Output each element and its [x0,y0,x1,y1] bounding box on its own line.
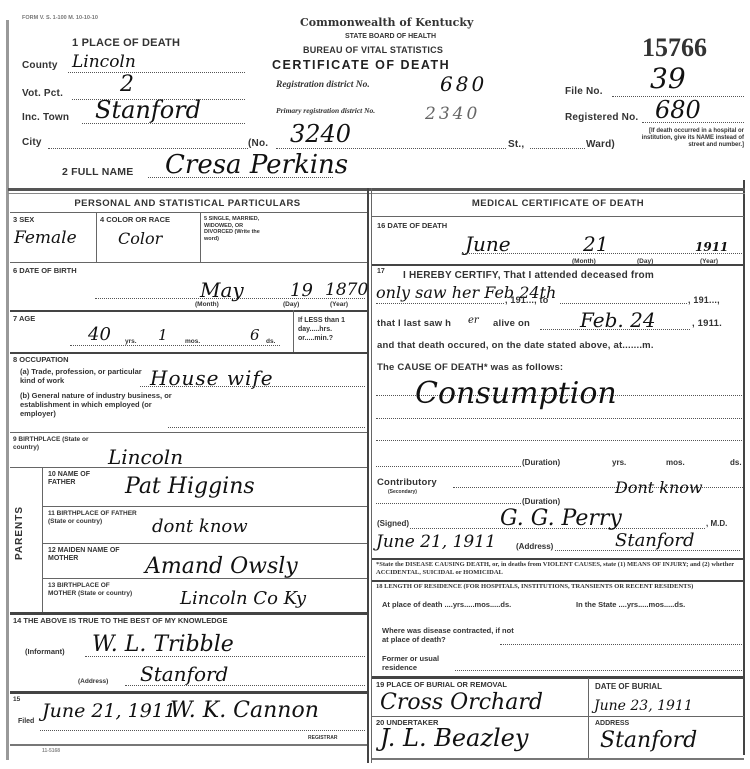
row-rule-2 [10,310,367,312]
row-rule-10 [10,691,367,694]
file-no-value: 39 [650,62,686,95]
parents-divider [42,467,43,612]
mother-birthplace-label: 13 BIRTHPLACE OF MOTHER (State or countr… [48,582,138,597]
occupation-b-label: (b) General nature of industry business,… [20,391,175,418]
birthplace-value: Lincoln [108,445,183,469]
dod-label: 16 DATE OF DEATH [377,222,447,230]
dob-month-caption: (Month) [195,301,219,309]
certificate-title: CERTIFICATE OF DEATH [272,58,450,72]
signed-label: (Signed) [377,520,409,528]
bureau-title: BUREAU OF VITAL STATISTICS [303,45,443,55]
informant-address-value: Stanford [140,662,228,686]
former-residence-line [455,670,742,671]
no-label: (No. [248,138,268,149]
med-rule-3 [372,580,744,582]
full-name-label: 2 FULL NAME [62,166,133,178]
death-occurred-text: and that death occured, on the date stat… [377,340,654,351]
row-rule-4 [10,432,367,433]
medical-heading-rule [372,216,744,217]
filed-date: June 21, 1911 [42,700,176,722]
no-line [276,148,506,149]
dob-day-caption: (Day) [283,301,299,309]
attended-line [376,303,504,304]
age-line [70,345,280,346]
sex-label: 3 SEX [13,216,34,224]
contracted-line [500,644,742,645]
occupation-a-label: (a) Trade, profession, or particular kin… [20,367,145,385]
inc-town-label: Inc. Town [22,112,69,123]
burial-label: 19 PLACE OF BURIAL OR REMOVAL [376,681,507,689]
duration-mos: mos. [666,459,685,467]
last-saw-date: Feb. 24 [580,308,656,332]
contracted-label: Where was disease contracted, if not at … [382,626,517,644]
contributory-sub: (Secondary) [388,489,417,497]
race-value: Color [118,229,162,248]
age-days: 6 [250,326,260,344]
personal-heading-rule [10,212,367,213]
bottom-rule-right [372,758,744,760]
row-rule-1 [10,262,367,263]
registered-no-value: 680 [655,96,701,124]
street-no-value: 3240 [290,120,351,148]
informant-value: W. L. Tribble [92,632,234,657]
right-border [743,180,745,755]
last-saw-year: , 1911. [692,318,722,329]
contributory-duration-line [376,503,521,504]
dob-year-caption: (Year) [330,301,348,309]
to-line [560,303,687,304]
father-birthplace-label: 11 BIRTHPLACE OF FATHER (State or countr… [48,510,138,525]
hospital-note: [If death occurred in a hospital or inst… [640,128,744,149]
burial-date-label: DATE OF BURIAL [595,683,662,691]
cause-label: The CAUSE OF DEATH* was as follows: [377,362,563,373]
file-no-label: File No. [565,86,603,97]
certify-text: I HEREBY CERTIFY, That I attended deceas… [403,270,654,281]
burial-date-value: June 23, 1911 [594,698,693,714]
age-label: 7 AGE [13,315,35,323]
item-15-label: 15 [13,696,20,704]
mother-name-label: 12 MAIDEN NAME OF MOTHER [48,547,138,562]
registration-district-value: 680 [440,72,487,96]
personal-heading: PERSONAL AND STATISTICAL PARTICULARS [10,198,365,209]
burial-divider [588,678,589,758]
inc-town-value: Stanford [95,96,201,124]
left-border [6,20,9,760]
mother-birthplace-value: Lincoln Co Ky [180,588,306,609]
alive-on-text: alive on [493,318,530,329]
last-saw-text: that I last saw h [377,318,451,329]
signed-date: June 21, 1911 [376,532,496,552]
row-rule-9 [10,612,367,615]
undertaker-value: J. L. Beazley [380,724,528,752]
city-label: City [22,137,42,148]
occupation-b-line [168,427,365,428]
filed-label: Filed [18,718,34,726]
dob-year: 1870 [325,280,368,300]
father-name-value: Pat Higgins [125,474,255,499]
age-months: 1 [158,326,168,344]
duration-label: (Duration) [522,459,560,467]
footer-code: 11-5168 [42,748,60,756]
occupation-a-line [140,386,365,387]
dob-label: 6 DATE OF BIRTH [13,267,77,275]
mother-name-value: Amand Owsly [145,554,298,579]
row-rule-7 [42,543,367,544]
residence-label: 18 LENGTH OF RESIDENCE (FOR HOSPITALS, I… [376,583,742,591]
cause-value: Consumption [415,376,617,411]
undertaker-address-label: ADDRESS [595,720,629,728]
undertaker-address-value: Stanford [600,728,697,753]
last-saw-pronoun: er [468,315,479,326]
county-line [68,72,245,73]
duration-line [376,466,521,467]
cause-footnote: *State the DISEASE CAUSING DEATH, or, in… [376,561,742,577]
cause-line-3 [376,440,742,441]
dod-line [462,253,742,254]
med-rule-2 [372,558,744,560]
medical-heading: MEDICAL CERTIFICATE OF DEATH [374,198,742,209]
registration-district-label: Registration district No. [276,80,370,90]
informant-label: (Informant) [25,648,65,656]
father-name-label: 10 NAME OF FATHER [48,471,103,486]
board-title: STATE BOARD OF HEALTH [345,33,436,41]
full-name-value: Cresa Perkins [165,150,348,180]
cause-line-2 [376,418,742,419]
primary-district-value: 2340 [425,104,480,124]
primary-district-label: Primary registration district No. [276,106,375,115]
med-rule-4 [372,676,744,679]
section-divider-2 [8,193,745,194]
signed-value: G. G. Perry [500,506,622,531]
vot-pct-value: 2 [120,72,134,97]
row-rule-8 [42,578,367,579]
row-rule-3 [10,352,367,354]
ward-label: Ward) [586,139,615,150]
med-rule-1 [372,264,744,266]
duration-ds: ds. [730,459,742,467]
md-label: , M.D. [706,520,727,528]
marital-label: 5 SINGLE, MARRIED, WIDOWED, OR DIVORCED … [204,216,264,242]
contributory-value: Dont know [615,478,703,497]
father-birthplace-value: dont know [152,516,248,537]
center-divider [367,188,369,763]
true-statement: 14 THE ABOVE IS TRUE TO THE BEST OF MY K… [13,617,227,625]
certificate-number: 15766 [642,33,707,63]
form-number: FORM V. S. 1-100 M. 10-10-10 [22,15,98,23]
race-label: 4 COLOR OR RACE [100,216,170,224]
sex-value: Female [14,228,77,248]
ward-line [530,148,585,149]
contributory-label: Contributory [377,477,437,488]
at-place-label: At place of death ....yrs.....mos.....ds… [382,600,577,609]
st-label: St., [508,139,524,150]
birthplace-label: 9 BIRTHPLACE (State or country) [13,436,103,451]
dob-day: 19 [290,280,313,301]
bottom-rule-left [10,744,367,746]
less-than-divider [293,310,294,352]
certify-number: 17 [377,268,385,276]
occupation-label: 8 OCCUPATION [13,356,69,364]
from-year: , 191..., to [505,295,548,305]
registrar-signature: W. K. Cannon [170,698,319,723]
informant-address-label: (Address) [78,678,108,686]
med-rule-5 [372,716,744,717]
duration-yrs: yrs. [612,459,626,467]
race-divider [200,212,201,262]
less-than-day: If LESS than 1 day.....hrs. or.....min.? [298,316,364,343]
row-rule-6 [42,506,367,507]
place-of-death-heading: 1 PLACE OF DEATH [72,37,180,49]
registrar-label: REGISTRAR [308,735,337,743]
burial-value: Cross Orchard [380,690,543,715]
address-label: (Address) [516,543,553,551]
to-year: , 191..., [688,295,720,305]
section-divider [8,188,745,191]
parents-label: PARENTS [14,506,25,560]
registered-no-label: Registered No. [565,112,638,123]
dod-year: 1911 [695,240,728,254]
county-label: County [22,60,58,71]
sex-divider [96,212,97,262]
age-years: 40 [88,324,111,345]
dob-month: May [200,278,244,302]
vot-pct-label: Vot. Pct. [22,88,63,99]
filed-line [40,730,365,731]
in-state-label: In the State ....yrs.....mos.....ds. [576,600,742,609]
address-value: Stanford [615,530,695,551]
row-rule-5 [10,467,367,468]
commonwealth-title: Commonwealth of Kentucky [300,16,473,29]
contributory-duration-label: (Duration) [522,498,560,506]
county-value: Lincoln [72,52,136,72]
city-line [48,148,248,149]
